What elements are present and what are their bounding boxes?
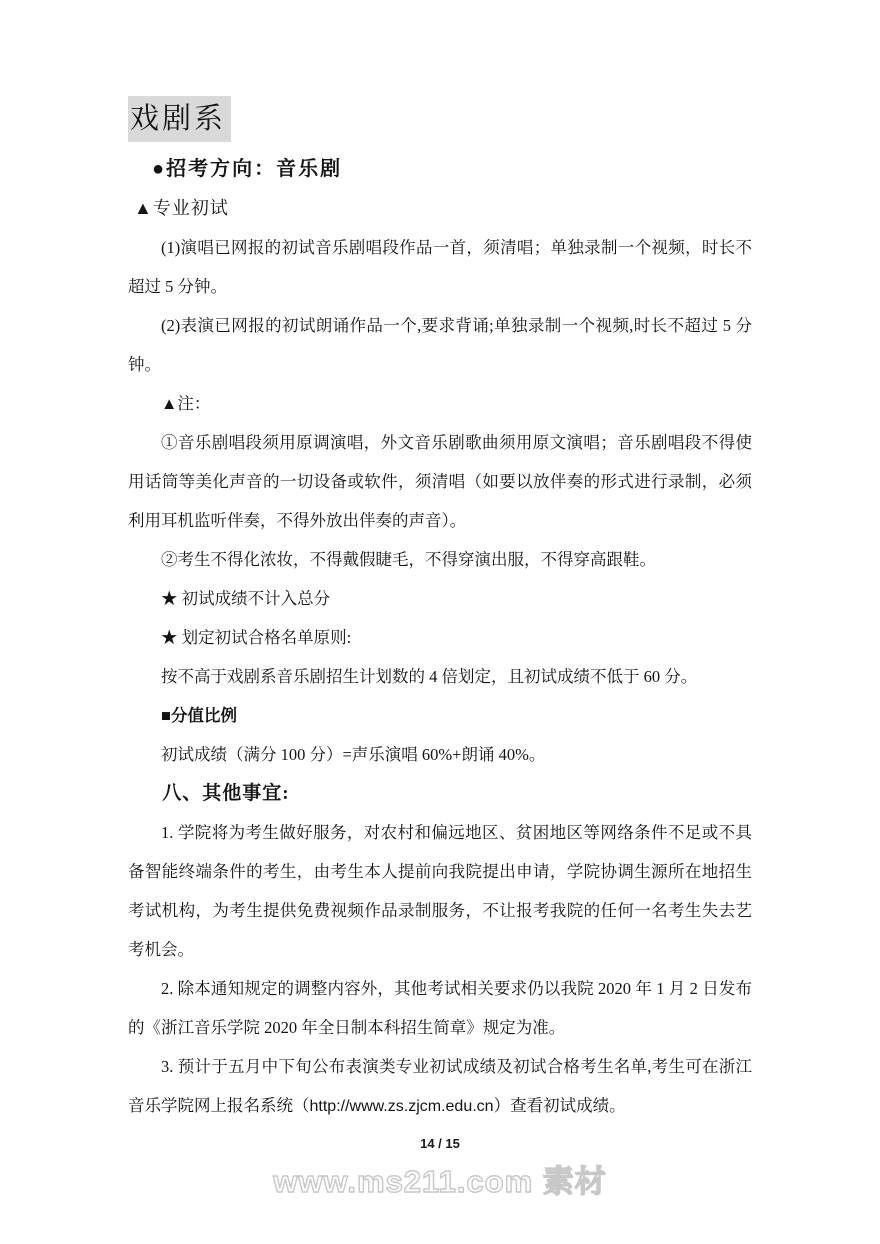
cutoff-rule: 按不高于戏剧系音乐剧招生计划数的 4 倍划定，且初试成绩不低于 60 分。 xyxy=(128,657,752,696)
note-item-1: ①音乐剧唱段须用原调演唱，外文音乐剧歌曲须用原文演唱；音乐剧唱段不得使用话筒等美… xyxy=(128,423,752,540)
document-content: 戏剧系 ●招考方向：音乐剧 ▲专业初试 (1)演唱已网报的初试音乐剧唱段作品一首… xyxy=(128,96,752,1126)
other-paragraph-3: 3. 预计于五月中下旬公布表演类专业初试成绩及初试合格考生名单,考生可在浙江音乐… xyxy=(128,1047,752,1126)
exam-round-heading: ▲专业初试 xyxy=(128,189,752,228)
note-heading: ▲注： xyxy=(128,384,752,423)
score-ratio-heading: ■分值比例 xyxy=(128,696,752,735)
department-title: 戏剧系 xyxy=(128,96,231,142)
star-item-score-not-counted: ★ 初试成绩不计入总分 xyxy=(128,579,752,618)
star-item-shortlist-principle: ★ 划定初试合格名单原则: xyxy=(128,618,752,657)
requirement-item-1: (1)演唱已网报的初试音乐剧唱段作品一首，须清唱；单独录制一个视频，时长不超过 … xyxy=(128,228,752,306)
score-formula: 初试成绩（满分 100 分）=声乐演唱 60%+朗诵 40%。 xyxy=(128,735,752,774)
page-number: 14 / 15 xyxy=(0,1136,880,1151)
other-paragraph-2: 2. 除本通知规定的调整内容外，其他考试相关要求仍以我院 2020 年 1 月 … xyxy=(128,969,752,1047)
document-page: 戏剧系 ●招考方向：音乐剧 ▲专业初试 (1)演唱已网报的初试音乐剧唱段作品一首… xyxy=(0,0,880,1244)
other-paragraph-3-tail: ）查看初试成绩。 xyxy=(494,1096,626,1115)
watermark-text: www.ms211.com 素材 xyxy=(0,1156,880,1201)
note-item-2: ②考生不得化浓妆，不得戴假睫毛，不得穿演出服，不得穿高跟鞋。 xyxy=(128,540,752,579)
registration-system-url: http://www.zs.zjcm.edu.cn xyxy=(310,1098,494,1115)
other-matters-heading: 八、其他事宜: xyxy=(128,774,752,813)
direction-heading: ●招考方向：音乐剧 xyxy=(128,150,752,189)
requirement-item-2: (2)表演已网报的初试朗诵作品一个,要求背诵;单独录制一个视频,时长不超过 5 … xyxy=(128,306,752,384)
other-paragraph-1: 1. 学院将为考生做好服务，对农村和偏远地区、贫困地区等网络条件不足或不具备智能… xyxy=(128,813,752,969)
